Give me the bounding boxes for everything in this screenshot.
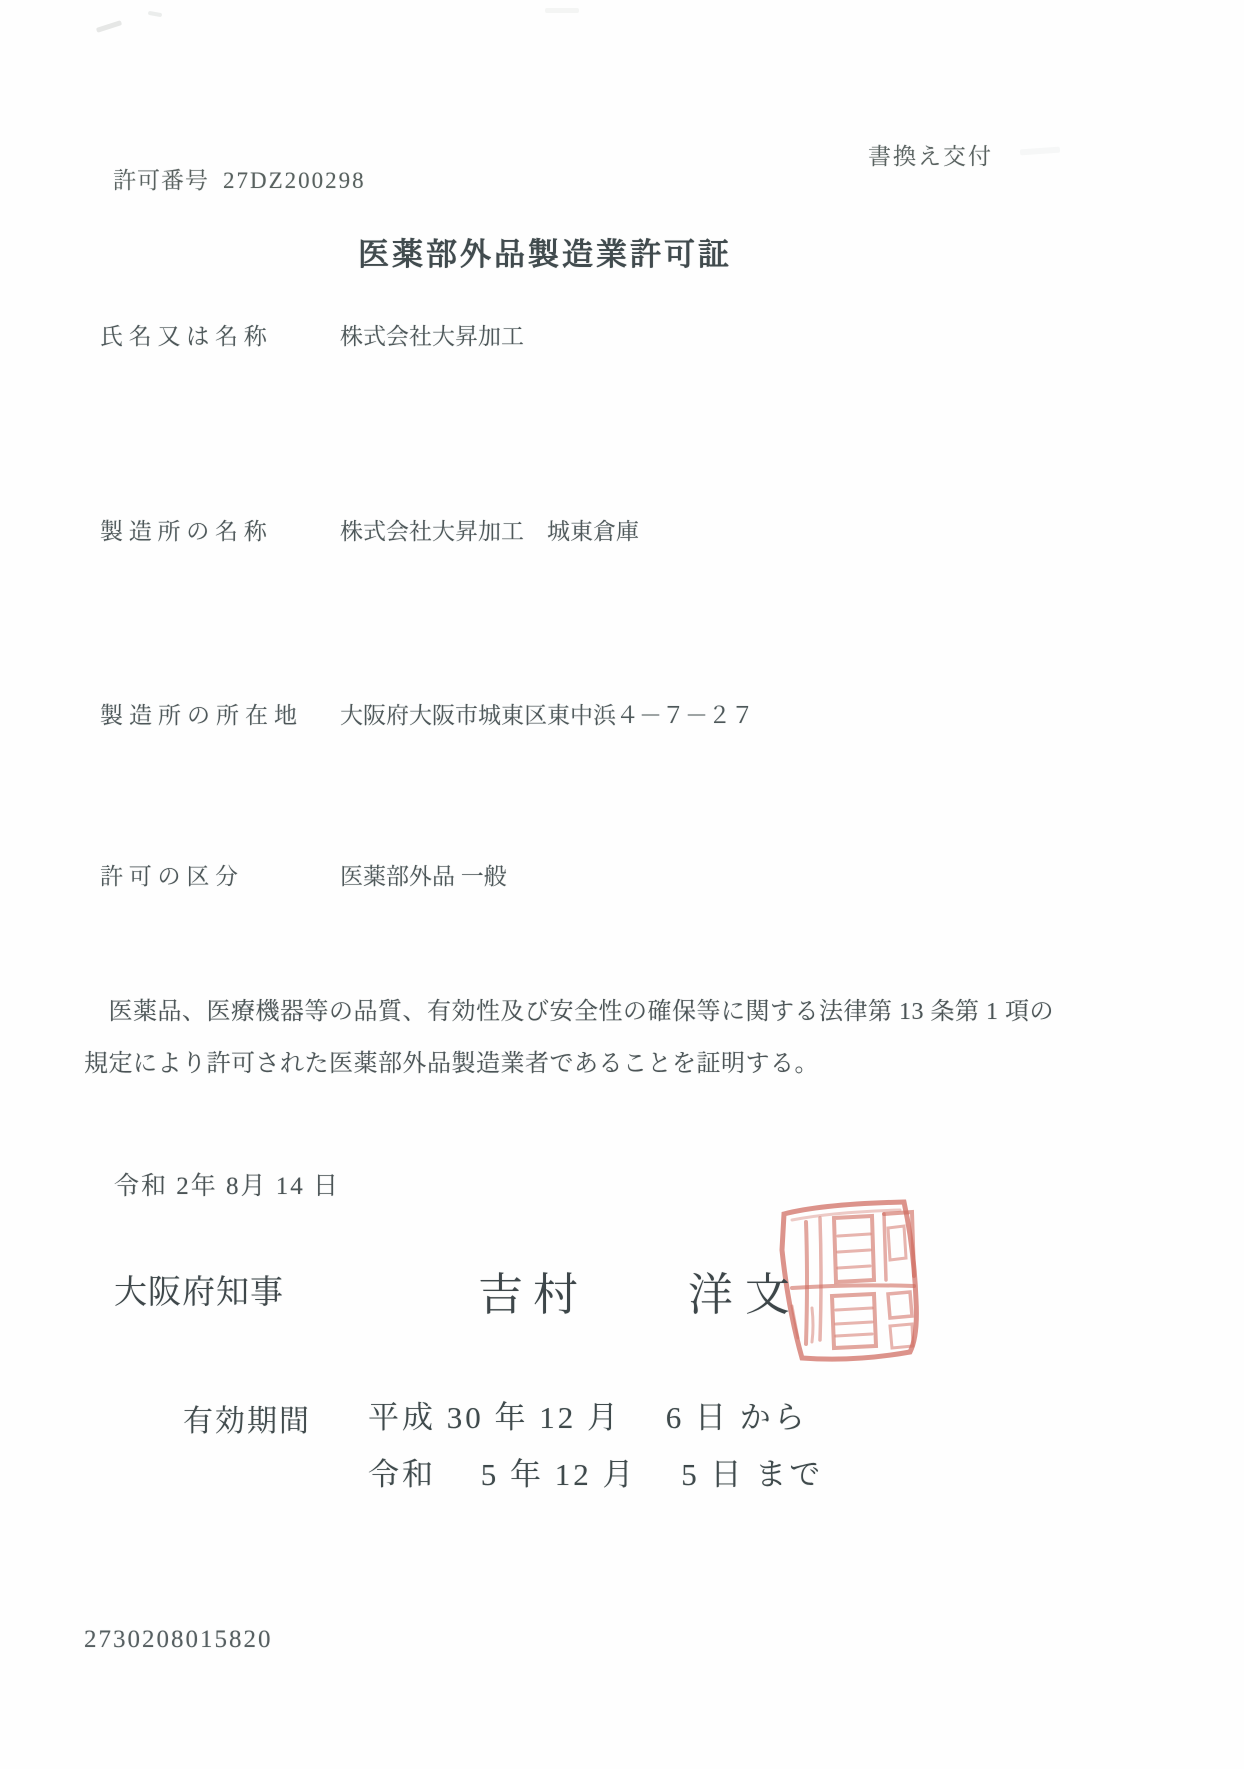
scan-artifact — [545, 8, 579, 13]
document-number: 2730208015820 — [84, 1626, 273, 1654]
certification-text-line2: 規定により許可された医薬部外品製造業者であることを証明する。 — [84, 1038, 1134, 1090]
license-number-label: 許可番号 — [113, 168, 209, 193]
certification-text-line1: 医薬品、医療機器等の品質、有効性及び安全性の確保等に関する法律第 13 条第 1… — [84, 986, 1134, 1038]
reissue-note: 書換え交付 — [868, 138, 993, 171]
issuer-title: 大阪府知事 — [114, 1266, 284, 1313]
scan-artifact — [148, 11, 162, 17]
field-label-license-category: 許 可 の 区 分 — [100, 858, 238, 891]
field-label-name: 氏 名 又 は 名 称 — [100, 318, 267, 351]
field-value-name: 株式会社大昇加工 — [340, 318, 524, 351]
scan-artifact — [96, 20, 122, 33]
license-number-value: 27DZ200298 — [223, 168, 366, 193]
field-value-factory-name: 株式会社大昇加工 城東倉庫 — [340, 513, 639, 546]
field-value-factory-address: 大阪府大阪市城東区東中浜４－７－２７ — [340, 697, 754, 730]
issuer-name-family: 吉村 — [478, 1258, 588, 1323]
issue-date: 令和 2年 8月 14 日 — [114, 1166, 340, 1202]
scan-artifact — [1020, 147, 1060, 156]
validity-to: 令和 5 年 12 月 5 日 まで — [368, 1449, 823, 1494]
license-number-row: 許可番号27DZ200298 — [86, 136, 366, 221]
field-label-factory-name: 製 造 所 の 名 称 — [100, 513, 267, 546]
validity-from: 平成 30 年 12 月 6 日 から — [368, 1392, 808, 1437]
certificate-page: 許可番号27DZ200298 書換え交付 医薬部外品製造業許可証 氏 名 又 は… — [0, 0, 1244, 1769]
certificate-title: 医薬部外品製造業許可証 — [358, 229, 732, 274]
field-label-factory-address: 製造所の所在地 — [100, 697, 303, 730]
field-value-license-category: 医薬部外品 一般 — [340, 858, 507, 891]
validity-label: 有効期間 — [183, 1396, 311, 1440]
issuer-name-given: 洋文 — [688, 1258, 802, 1323]
